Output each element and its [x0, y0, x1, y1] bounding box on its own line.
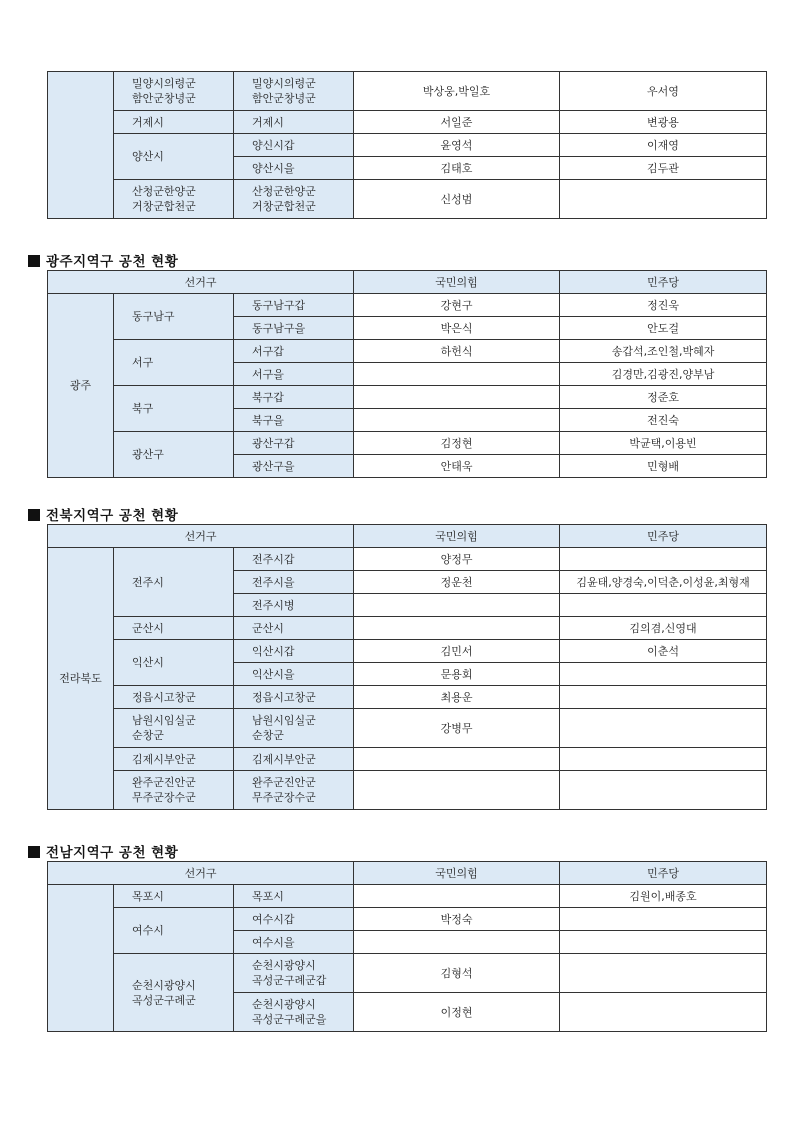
ppp-candidate — [354, 885, 560, 908]
dp-candidate: 김원이,배종호 — [560, 885, 767, 908]
dp-candidate: 송갑석,조인철,박혜자 — [560, 340, 767, 363]
district-cell: 전주시갑 — [234, 548, 354, 571]
ppp-candidate: 강병무 — [354, 709, 560, 748]
district-cell: 정읍시고창군 — [234, 686, 354, 709]
area-cell: 북구 — [114, 386, 234, 432]
dp-candidate — [560, 993, 767, 1032]
district-cell: 거제시 — [234, 111, 354, 134]
ppp-candidate: 김형석 — [354, 954, 560, 993]
dp-candidate — [560, 548, 767, 571]
dp-candidate — [560, 748, 767, 771]
dp-candidate — [560, 954, 767, 993]
header-dp: 민주당 — [560, 271, 767, 294]
district-cell: 서구갑 — [234, 340, 354, 363]
ppp-candidate — [354, 748, 560, 771]
header-district: 선거구 — [48, 271, 354, 294]
ppp-candidate — [354, 363, 560, 386]
ppp-candidate — [354, 931, 560, 954]
area-cell: 밀양시의령군 함안군창녕군 — [114, 72, 234, 111]
ppp-candidate: 윤영석 — [354, 134, 560, 157]
jeonbuk-table: 선거구 국민의힘 민주당 전라북도 전주시 전주시갑 양정무 전주시을 정운천 … — [47, 524, 767, 810]
district-cell: 여수시을 — [234, 931, 354, 954]
jeonnam-table: 선거구 국민의힘 민주당 목포시 목포시 김원이,배종호 여수시 여수시갑 박정… — [47, 861, 767, 1032]
district-cell: 서구을 — [234, 363, 354, 386]
section-title-gwangju: 광주지역구 공천 현황 — [28, 250, 178, 270]
area-cell: 서구 — [114, 340, 234, 386]
dp-candidate: 정준호 — [560, 386, 767, 409]
region-cell — [48, 885, 114, 1032]
district-cell: 익산시갑 — [234, 640, 354, 663]
district-cell: 양신시갑 — [234, 134, 354, 157]
dp-candidate — [560, 771, 767, 810]
area-cell: 전주시 — [114, 548, 234, 617]
district-cell: 북구갑 — [234, 386, 354, 409]
area-cell: 목포시 — [114, 885, 234, 908]
dp-candidate: 민형배 — [560, 455, 767, 478]
ppp-candidate: 이정현 — [354, 993, 560, 1032]
area-cell: 남원시임실군 순창군 — [114, 709, 234, 748]
ppp-candidate — [354, 409, 560, 432]
dp-candidate: 정진욱 — [560, 294, 767, 317]
ppp-candidate: 하헌식 — [354, 340, 560, 363]
dp-candidate: 이춘석 — [560, 640, 767, 663]
area-cell: 거제시 — [114, 111, 234, 134]
ppp-candidate: 양정무 — [354, 548, 560, 571]
ppp-candidate — [354, 617, 560, 640]
dp-candidate: 전진숙 — [560, 409, 767, 432]
region-cell: 전라북도 — [48, 548, 114, 810]
district-cell: 동구남구을 — [234, 317, 354, 340]
header-ppp: 국민의힘 — [354, 525, 560, 548]
district-cell: 김제시부안군 — [234, 748, 354, 771]
district-cell: 순천시광양시 곡성군구례군갑 — [234, 954, 354, 993]
header-district: 선거구 — [48, 525, 354, 548]
ppp-candidate: 안태욱 — [354, 455, 560, 478]
ppp-candidate: 최용운 — [354, 686, 560, 709]
dp-candidate — [560, 931, 767, 954]
section-title-jeonnam: 전남지역구 공천 현황 — [28, 841, 178, 861]
ppp-candidate: 신성범 — [354, 180, 560, 219]
area-cell: 정읍시고창군 — [114, 686, 234, 709]
dp-candidate: 김경만,김광진,양부남 — [560, 363, 767, 386]
ppp-candidate: 김민서 — [354, 640, 560, 663]
district-cell: 산청군한양군 거창군합천군 — [234, 180, 354, 219]
section-title-text: 광주지역구 공천 현황 — [46, 254, 178, 270]
area-cell: 산청군한양군 거창군합천군 — [114, 180, 234, 219]
section-title-text: 전남지역구 공천 현황 — [46, 845, 178, 861]
district-cell: 밀양시의령군 함안군창녕군 — [234, 72, 354, 111]
area-cell: 동구남구 — [114, 294, 234, 340]
area-cell: 완주군진안군 무주군장수군 — [114, 771, 234, 810]
header-dp: 민주당 — [560, 525, 767, 548]
ppp-candidate: 문용회 — [354, 663, 560, 686]
dp-candidate — [560, 180, 767, 219]
square-bullet-icon — [28, 846, 40, 858]
ppp-candidate — [354, 594, 560, 617]
dp-candidate: 김의겸,신영대 — [560, 617, 767, 640]
ppp-candidate: 김태호 — [354, 157, 560, 180]
dp-candidate: 김윤태,양경숙,이덕춘,이성윤,최형재 — [560, 571, 767, 594]
area-cell: 양산시 — [114, 134, 234, 180]
dp-candidate — [560, 663, 767, 686]
dp-candidate: 박균택,이용빈 — [560, 432, 767, 455]
dp-candidate: 김두관 — [560, 157, 767, 180]
area-cell: 여수시 — [114, 908, 234, 954]
dp-candidate — [560, 686, 767, 709]
area-cell: 군산시 — [114, 617, 234, 640]
area-cell: 광산구 — [114, 432, 234, 478]
section-title-text: 전북지역구 공천 현황 — [46, 508, 178, 524]
district-cell: 남원시임실군 순창군 — [234, 709, 354, 748]
region-cell: 광주 — [48, 294, 114, 478]
ppp-candidate: 박정숙 — [354, 908, 560, 931]
district-cell: 익산시을 — [234, 663, 354, 686]
district-cell: 순천시광양시 곡성군구례군을 — [234, 993, 354, 1032]
district-cell: 북구을 — [234, 409, 354, 432]
district-cell: 동구남구갑 — [234, 294, 354, 317]
square-bullet-icon — [28, 255, 40, 267]
header-district: 선거구 — [48, 862, 354, 885]
area-cell: 김제시부안군 — [114, 748, 234, 771]
district-cell: 광산구을 — [234, 455, 354, 478]
header-ppp: 국민의힘 — [354, 862, 560, 885]
district-cell: 군산시 — [234, 617, 354, 640]
area-cell: 익산시 — [114, 640, 234, 686]
region-cell — [48, 72, 114, 219]
dp-candidate: 변광용 — [560, 111, 767, 134]
district-cell: 광산구갑 — [234, 432, 354, 455]
square-bullet-icon — [28, 509, 40, 521]
dp-candidate: 안도걸 — [560, 317, 767, 340]
district-cell: 목포시 — [234, 885, 354, 908]
ppp-candidate: 서일준 — [354, 111, 560, 134]
header-dp: 민주당 — [560, 862, 767, 885]
ppp-candidate — [354, 771, 560, 810]
ppp-candidate: 김정현 — [354, 432, 560, 455]
dp-candidate: 우서영 — [560, 72, 767, 111]
gwangju-table: 선거구 국민의힘 민주당 광주 동구남구 동구남구갑 강현구 정진욱 동구남구을… — [47, 270, 767, 478]
ppp-candidate: 박은식 — [354, 317, 560, 340]
ppp-candidate: 박상웅,박일호 — [354, 72, 560, 111]
district-cell: 여수시갑 — [234, 908, 354, 931]
header-ppp: 국민의힘 — [354, 271, 560, 294]
district-cell: 전주시병 — [234, 594, 354, 617]
dp-candidate — [560, 594, 767, 617]
ppp-candidate: 강현구 — [354, 294, 560, 317]
section-title-jeonbuk: 전북지역구 공천 현황 — [28, 504, 178, 524]
dp-candidate — [560, 908, 767, 931]
ppp-candidate: 정운천 — [354, 571, 560, 594]
gyeongnam-table: 밀양시의령군 함안군창녕군 밀양시의령군 함안군창녕군 박상웅,박일호 우서영 … — [47, 71, 767, 219]
district-cell: 전주시을 — [234, 571, 354, 594]
dp-candidate: 이재영 — [560, 134, 767, 157]
district-cell: 양산시을 — [234, 157, 354, 180]
dp-candidate — [560, 709, 767, 748]
area-cell: 순천시광양시 곡성군구례군 — [114, 954, 234, 1032]
district-cell: 완주군진안군 무주군장수군 — [234, 771, 354, 810]
ppp-candidate — [354, 386, 560, 409]
